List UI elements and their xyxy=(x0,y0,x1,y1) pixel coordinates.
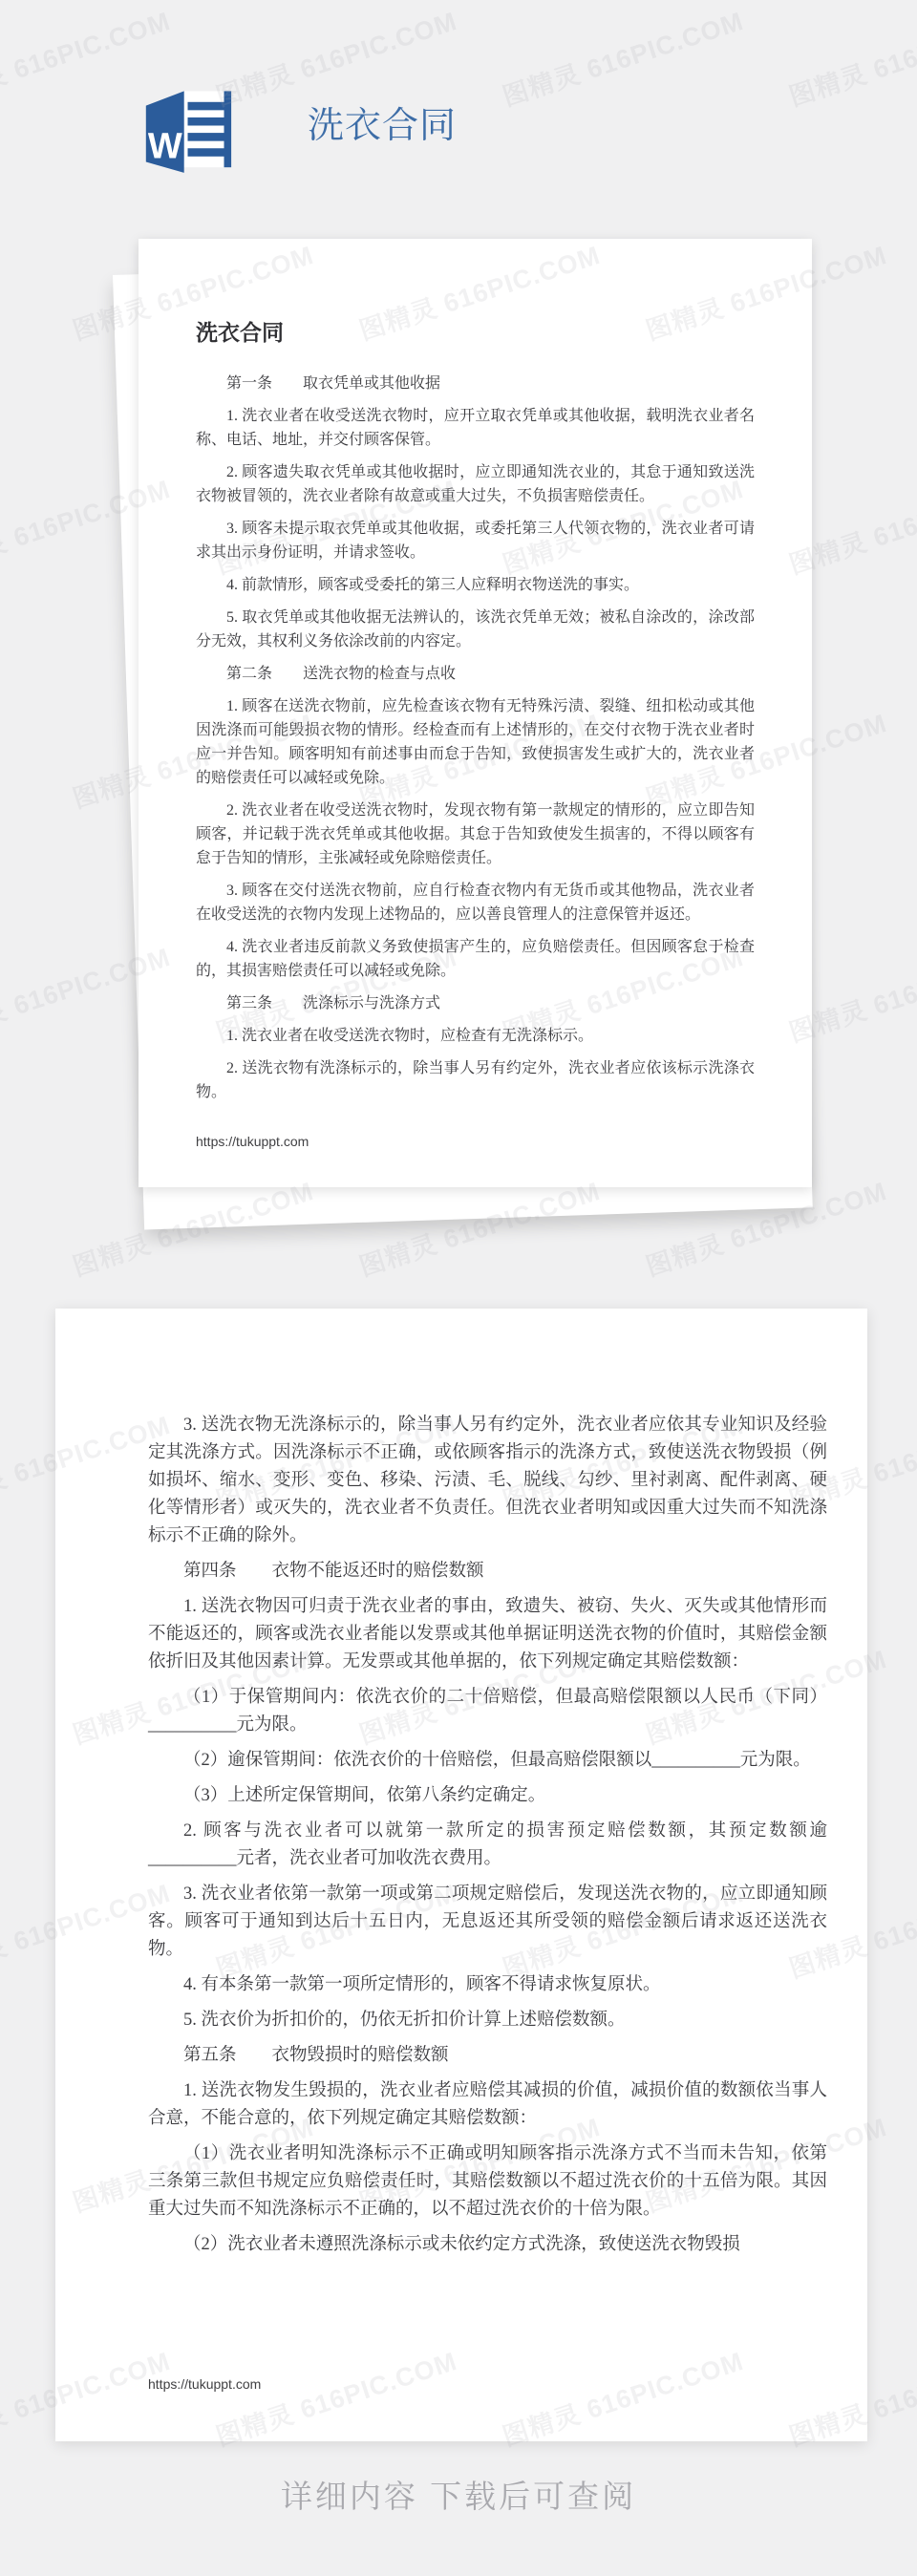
paragraph: 4. 洗衣业者违反前款义务致使损害产生的，应负赔偿责任。但因顾客怠于检查的，其损… xyxy=(196,935,755,983)
document-page-1: 洗衣合同 第一条 取衣凭单或其他收据 1. 洗衣业者在收受送洗衣物时，应开立取衣… xyxy=(139,239,812,1187)
paragraph: 3. 顾客未提示取衣凭单或其他收据，或委托第三人代领衣物的，洗衣业者可请求其出示… xyxy=(196,517,755,564)
paragraph: （1）洗衣业者明知洗涤标示不正确或明知顾客指示洗涤方式不当而未告知，依第三条第三… xyxy=(148,2140,827,2224)
source-link: https://tukuppt.com xyxy=(196,1134,309,1149)
clause-heading: 第三条 洗涤标示与洗涤方式 xyxy=(196,991,755,1015)
paragraph: 1. 送洗衣物因可归责于洗衣业者的事由，致遗失、被窃、失火、灭失或其他情形而不能… xyxy=(148,1593,827,1676)
paragraph: 5. 洗衣价为折扣价的，仍依无折扣价计算上述赔偿数额。 xyxy=(148,2007,827,2034)
document-title: 洗衣合同 xyxy=(196,315,755,347)
paragraph: 2. 顾客与洗衣业者可以就第一款所定的损害预定赔偿数额，其预定数额逾______… xyxy=(148,1818,827,1873)
paragraph: 3. 顾客在交付送洗衣物前，应自行检查衣物内有无货币或其他物品，洗衣业者在收受送… xyxy=(196,879,755,926)
paragraph: 3. 洗衣业者依第一款第一项或第二项规定赔偿后，发现送洗衣物的，应立即通知顾客。… xyxy=(148,1881,827,1964)
watermark-text: 图精灵 616PIC.COM xyxy=(783,0,917,113)
paragraph: 1. 洗衣业者在收受送洗衣物时，应开立取衣凭单或其他收据，载明洗衣业者名称、电话… xyxy=(196,404,755,452)
document-page-2: 3. 送洗衣物无洗涤标示的，除当事人另有约定外，洗衣业者应依其专业知识及经验定其… xyxy=(55,1309,867,2441)
page-title: 洗衣合同 xyxy=(308,96,457,148)
svg-text:W: W xyxy=(148,127,182,167)
paragraph: 4. 前款情形，顾客或受委托的第三人应释明衣物送洗的事实。 xyxy=(196,573,755,597)
word-document-icon: W xyxy=(132,80,244,189)
watermark-text: 图精灵 616PIC.COM xyxy=(497,0,747,113)
paragraph: 2. 送洗衣物有洗涤标示的，除当事人另有约定外，洗衣业者应依该标示洗涤衣物。 xyxy=(196,1056,755,1104)
source-link: https://tukuppt.com xyxy=(148,2376,261,2392)
paragraph: 2. 顾客遗失取衣凭单或其他收据时，应立即通知洗衣业的，其怠于通知致送洗衣物被冒… xyxy=(196,460,755,508)
clause-heading: 第四条 衣物不能返还时的赔偿数额 xyxy=(148,1558,827,1586)
paragraph: （3）上述所定保管期间，依第八条约定确定。 xyxy=(148,1782,827,1810)
paragraph: （2）逾保管期间：依洗衣价的十倍赔偿，但最高赔偿限额以__________元为限… xyxy=(148,1747,827,1775)
clause-heading: 第五条 衣物毁损时的赔偿数额 xyxy=(148,2042,827,2070)
template-preview-page: 图精灵 616PIC.COM图精灵 616PIC.COM图精灵 616PIC.C… xyxy=(0,0,917,2576)
bottom-note: 详细内容 下载后可查阅 xyxy=(0,2472,917,2517)
paragraph: 4. 有本条第一款第一项所定情形的，顾客不得请求恢复原状。 xyxy=(148,1971,827,1999)
paragraph: 2. 洗衣业者在收受送洗衣物时，发现衣物有第一款规定的情形的，应立即告知顾客，并… xyxy=(196,798,755,870)
paragraph: 3. 送洗衣物无洗涤标示的，除当事人另有约定外，洗衣业者应依其专业知识及经验定其… xyxy=(148,1412,827,1550)
paragraph: 1. 送洗衣物发生毁损的，洗衣业者应赔偿其减损的价值，减损价值的数额依当事人合意… xyxy=(148,2077,827,2133)
paragraph: 1. 顾客在送洗衣物前，应先检查该衣物有无特殊污渍、裂缝、纽扣松动或其他因洗涤而… xyxy=(196,694,755,790)
paragraph: （1）于保管期间内：依洗衣价的二十倍赔偿，但最高赔偿限额以人民币（下同）____… xyxy=(148,1684,827,1739)
clause-heading: 第二条 送洗衣物的检查与点收 xyxy=(196,662,755,686)
paragraph: （2）洗衣业者未遵照洗涤标示或未依约定方式洗涤，致使送洗衣物毁损 xyxy=(148,2231,827,2259)
clause-heading: 第一条 取衣凭单或其他收据 xyxy=(196,372,755,395)
paragraph: 1. 洗衣业者在收受送洗衣物时，应检查有无洗涤标示。 xyxy=(196,1024,755,1048)
paragraph: 5. 取衣凭单或其他收据无法辨认的，该洗衣凭单无效；被私自涂改的，涂改部分无效，… xyxy=(196,606,755,653)
